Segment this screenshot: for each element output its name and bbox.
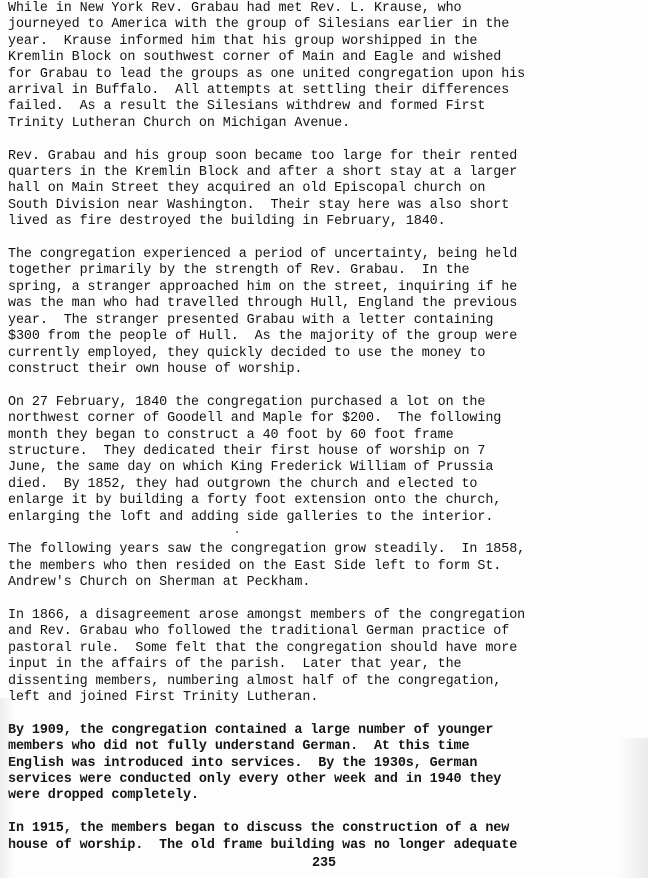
paragraph-grabau-meets-krause: While in New York Rev. Grabau had met Re… bbox=[8, 1, 648, 132]
text-line: spring, a stranger approached him on the… bbox=[8, 280, 648, 296]
paragraph-kremlin-block: Rev. Grabau and his group soon became to… bbox=[8, 149, 648, 231]
text-line: failed. As a result the Silesians withdr… bbox=[8, 99, 648, 115]
paragraph-growth: The following years saw the congregation… bbox=[8, 542, 648, 591]
text-line: Trinity Lutheran Church on Michigan Aven… bbox=[8, 116, 648, 132]
text-line: hall on Main Street they acquired an old… bbox=[8, 181, 648, 197]
text-line: While in New York Rev. Grabau had met Re… bbox=[8, 1, 648, 17]
text-line: journeyed to America with the group of S… bbox=[8, 17, 648, 33]
text-line: were dropped completely. bbox=[8, 788, 648, 804]
text-line: input in the affairs of the parish. Late… bbox=[8, 657, 648, 673]
text-line: construct their own house of worship. bbox=[8, 362, 648, 378]
text-line: The congregation experienced a period of… bbox=[8, 247, 648, 263]
text-line: northwest corner of Goodell and Maple fo… bbox=[8, 411, 648, 427]
paragraph-goodell-and-maple: On 27 February, 1840 the congregation pu… bbox=[8, 395, 648, 526]
text-line: $300 from the people of Hull. As the maj… bbox=[8, 329, 648, 345]
text-line: died. By 1852, they had outgrown the chu… bbox=[8, 477, 648, 493]
text-line: was the man who had travelled through Hu… bbox=[8, 296, 648, 312]
text-line: In 1915, the members began to discuss th… bbox=[8, 821, 648, 837]
text-line: In 1866, a disagreement arose amongst me… bbox=[8, 608, 648, 624]
text-line: year. The stranger presented Grabau with… bbox=[8, 313, 648, 329]
text-line: together primarily by the strength of Re… bbox=[8, 263, 648, 279]
text-line: year. Krause informed him that his group… bbox=[8, 34, 648, 50]
text-line: English was introduced into services. By… bbox=[8, 756, 648, 772]
text-line: lived as fire destroyed the building in … bbox=[8, 214, 648, 230]
text-line: arrival in Buffalo. All attempts at sett… bbox=[8, 83, 648, 99]
text-line: Andrew's Church on Sherman at Peckham. bbox=[8, 575, 648, 591]
text-line: June, the same day on which King Frederi… bbox=[8, 460, 648, 476]
scan-speck bbox=[236, 531, 238, 533]
text-line: month they began to construct a 40 foot … bbox=[8, 428, 648, 444]
text-line: the members who then resided on the East… bbox=[8, 559, 648, 575]
text-line: Rev. Grabau and his group soon became to… bbox=[8, 149, 648, 165]
text-line: currently employed, they quickly decided… bbox=[8, 346, 648, 362]
text-line: structure. They dedicated their first ho… bbox=[8, 444, 648, 460]
text-line: Kremlin Block on southwest corner of Mai… bbox=[8, 50, 648, 66]
text-line: South Division near Washington. Their st… bbox=[8, 198, 648, 214]
document-page: While in New York Rev. Grabau had met Re… bbox=[8, 1, 648, 870]
paragraph-uncertainty: The congregation experienced a period of… bbox=[8, 247, 648, 378]
text-line: By 1909, the congregation contained a la… bbox=[8, 723, 648, 739]
text-line: left and joined First Trinity Lutheran. bbox=[8, 690, 648, 706]
paragraph-new-house: In 1915, the members began to discuss th… bbox=[8, 821, 648, 854]
text-line: quarters in the Kremlin Block and after … bbox=[8, 165, 648, 181]
text-line: and Rev. Grabau who followed the traditi… bbox=[8, 624, 648, 640]
text-line: enlarge it by building a forty foot exte… bbox=[8, 493, 648, 509]
text-line: enlarging the loft and adding side galle… bbox=[8, 510, 648, 526]
text-line: members who did not fully understand Ger… bbox=[8, 739, 648, 755]
text-line: pastoral rule. Some felt that the congre… bbox=[8, 641, 648, 657]
paragraph-disagreement: In 1866, a disagreement arose amongst me… bbox=[8, 608, 648, 706]
text-line: house of worship. The old frame building… bbox=[8, 838, 648, 854]
text-line: services were conducted only every other… bbox=[8, 772, 648, 788]
text-line: On 27 February, 1840 the congregation pu… bbox=[8, 395, 648, 411]
text-line: dissenting members, numbering almost hal… bbox=[8, 674, 648, 690]
text-line: The following years saw the congregation… bbox=[8, 542, 648, 558]
paragraph-language: By 1909, the congregation contained a la… bbox=[8, 723, 648, 805]
page-number: 235 bbox=[0, 856, 648, 871]
text-line: for Grabau to lead the groups as one uni… bbox=[8, 67, 648, 83]
